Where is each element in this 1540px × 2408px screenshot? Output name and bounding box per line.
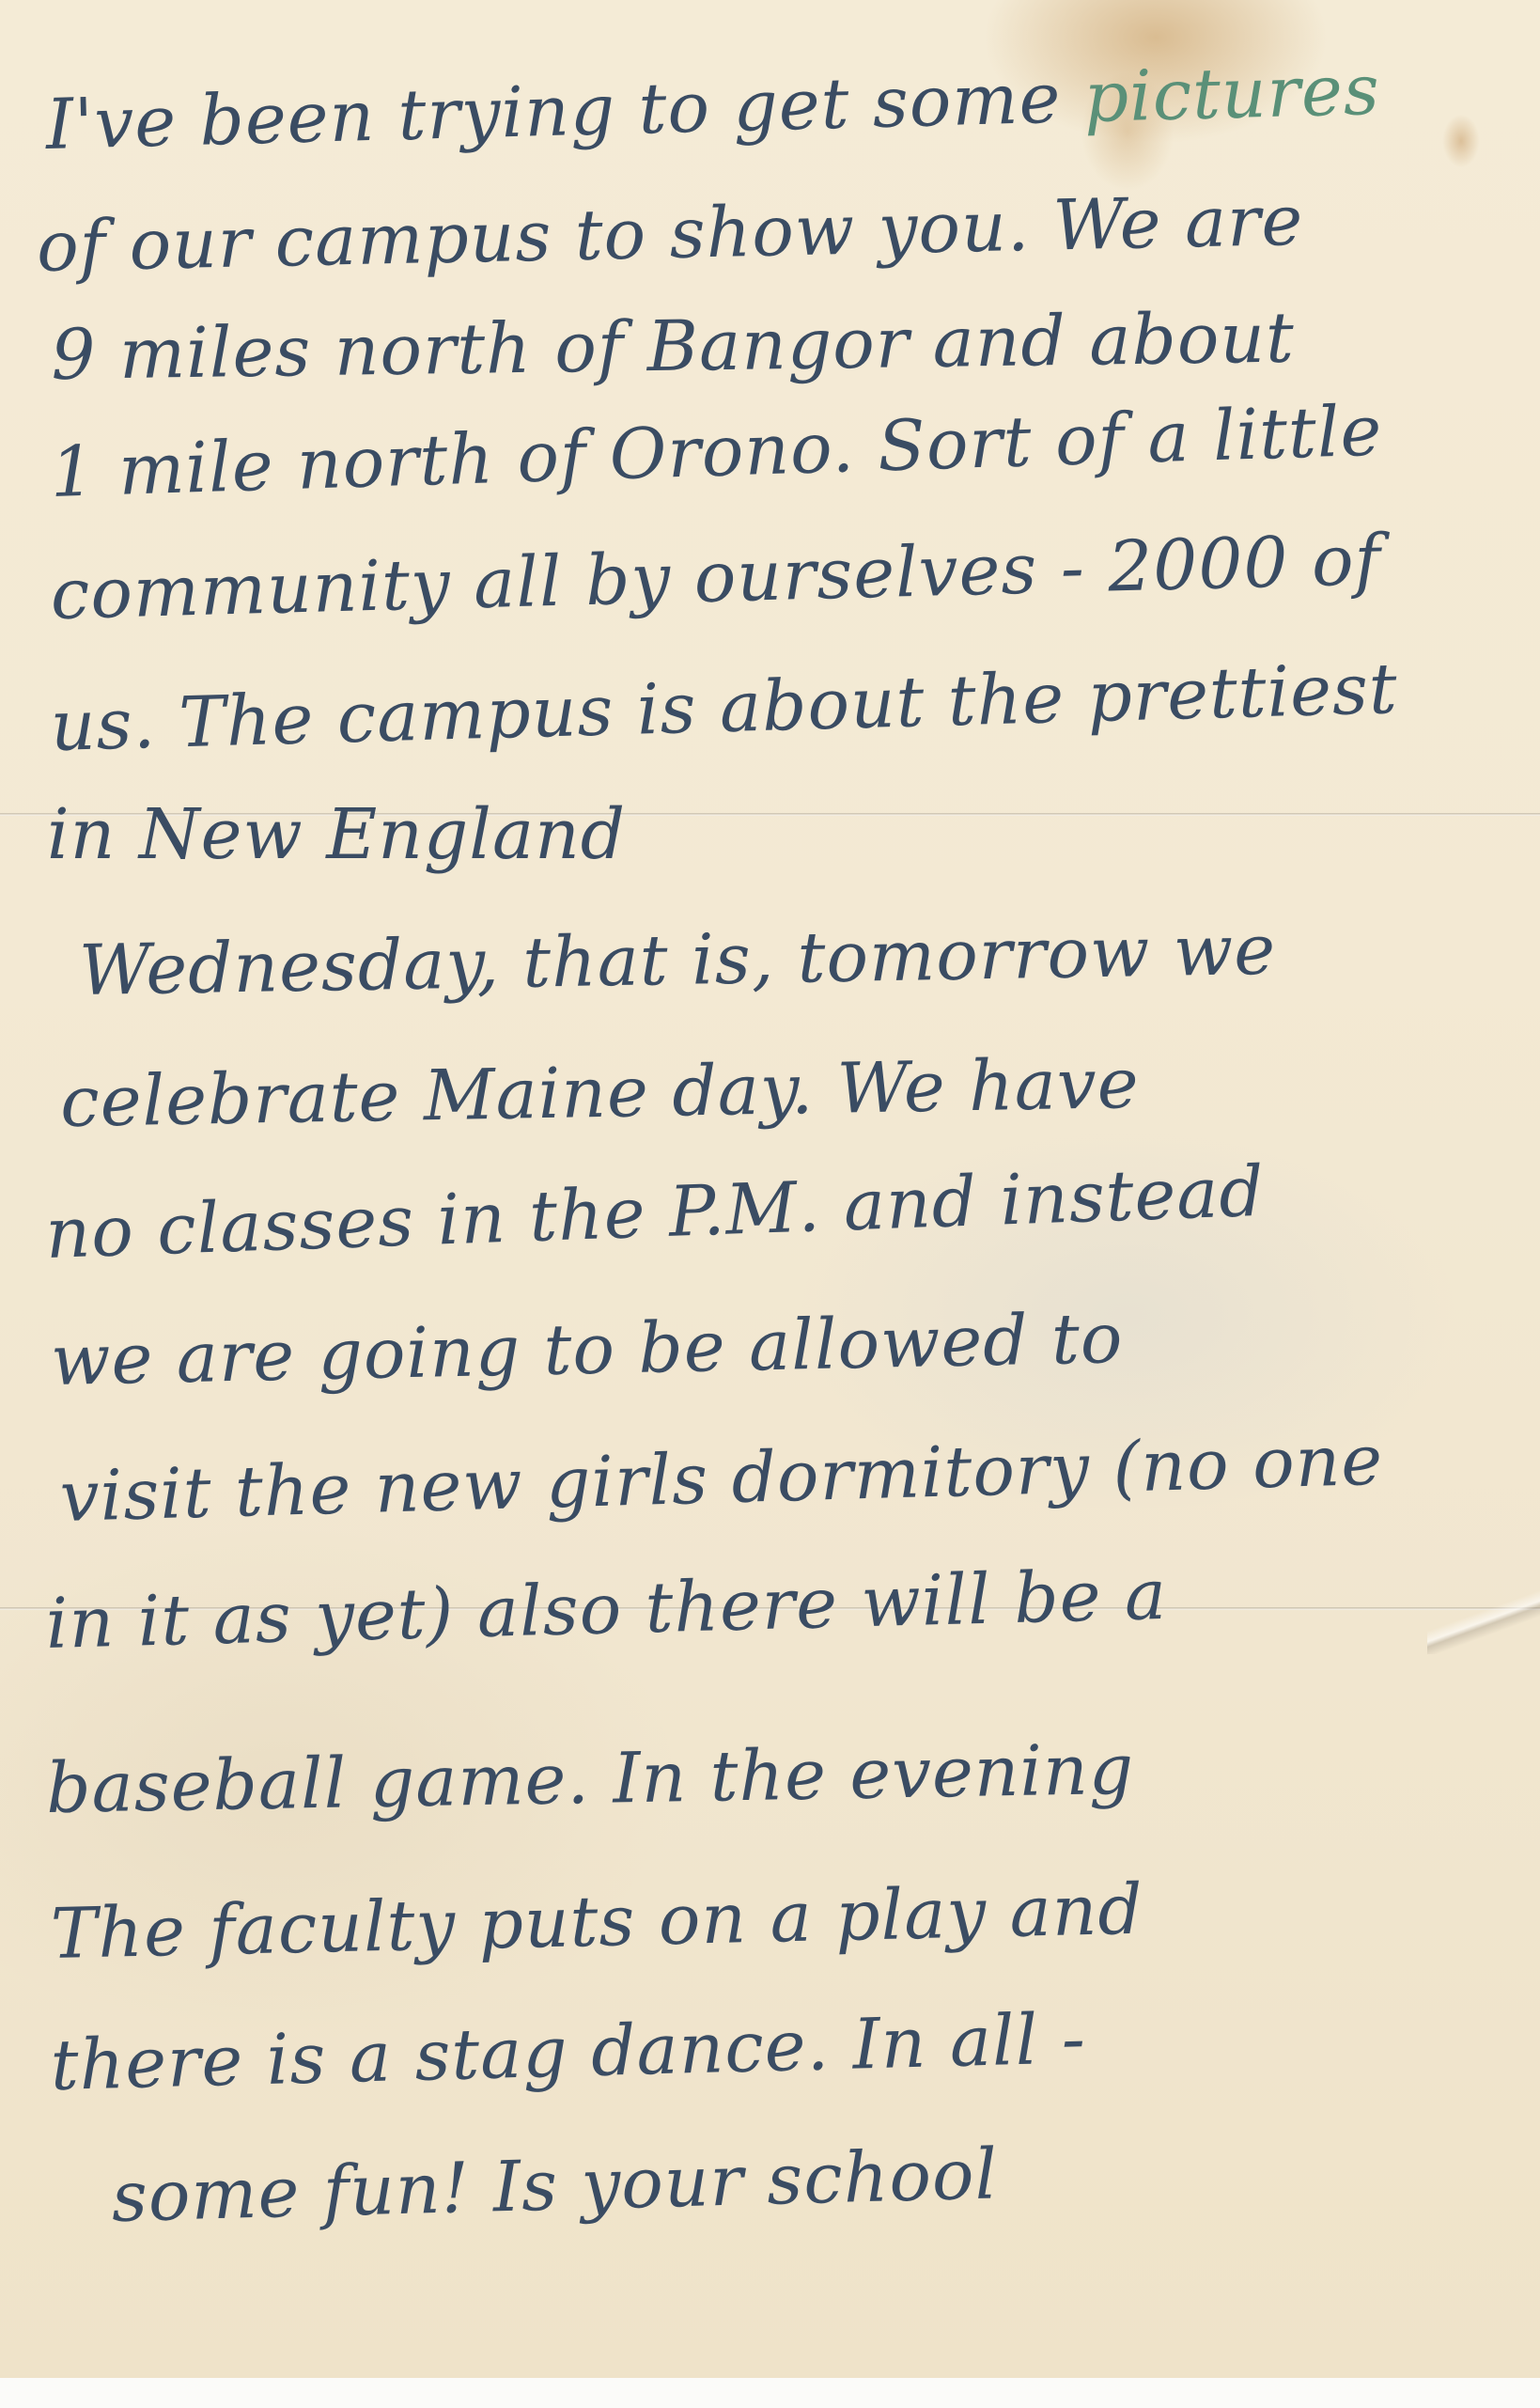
letter-line-3: 9 miles north of Bangor and about — [51, 298, 1296, 396]
letter-line-1: I've been trying to get some pictures — [45, 50, 1381, 165]
letter-line-8: Wednesday, that is, tomorrow we — [78, 910, 1276, 1011]
paper-crease-corner — [1427, 1588, 1540, 1654]
letter-line-text: I've been trying to get some — [45, 57, 1085, 165]
letter-line-9: celebrate Maine day. We have — [59, 1043, 1140, 1143]
letter-line-14: baseball game. In the evening — [45, 1729, 1134, 1829]
letter-line-11: we are going to be allowed to — [50, 1298, 1124, 1401]
letter-line-5: community all by ourselves - 2000 of — [50, 520, 1382, 635]
letter-line-6: us. The campus is about the prettiest — [50, 649, 1399, 767]
letter-line-10: no classes in the P.M. and instead — [44, 1151, 1266, 1274]
letter-line-17: some fun! Is your school — [111, 2134, 999, 2238]
letter-line-13: in it as yet) also there will be a — [45, 1555, 1168, 1665]
letter-line-4: 1 mile north of Orono. Sort of a little — [49, 390, 1383, 513]
letter-page: I've been trying to get some pictures of… — [0, 0, 1540, 2378]
letter-line-7: in New England — [47, 794, 626, 875]
green-ink-word: pictures — [1083, 50, 1381, 138]
letter-line-12: visit the new girls dormitory (no one — [59, 1420, 1385, 1538]
scan-margin — [0, 2378, 1540, 2408]
letter-line-2: of our campus to show you. We are — [36, 180, 1304, 288]
letter-line-15: The faculty puts on a play and — [50, 1869, 1144, 1975]
letter-line-16: there is a stag dance. In all - — [50, 1998, 1087, 2106]
